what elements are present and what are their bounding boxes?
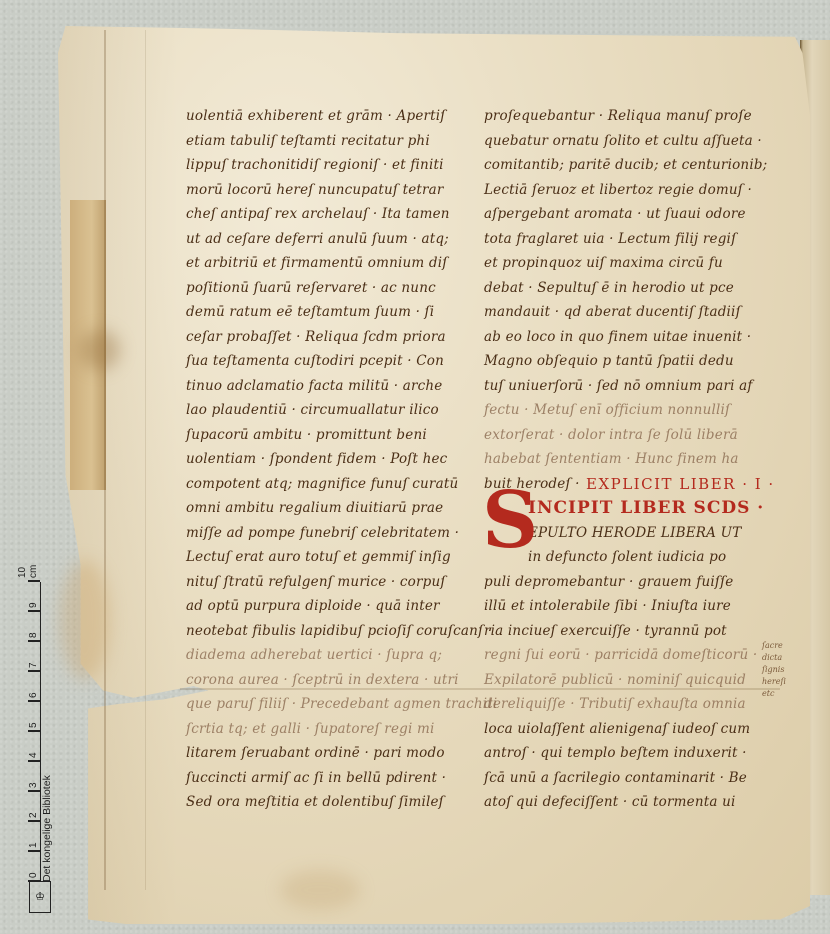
scale-tick-label: 0 — [28, 872, 39, 882]
scale-tick-label: 7 — [28, 662, 39, 672]
scale-tick-label: 4 — [28, 752, 39, 762]
manuscript-line: atoſ qui defeciſſent · cū tormenta ui — [484, 790, 775, 815]
stain — [80, 330, 120, 370]
manuscript-line: ut ad ceſare deferri anulū ſuum · atq; — [186, 227, 497, 252]
manuscript-line: ſcā unū a ſacrilegio contaminarit · Be — [484, 766, 775, 791]
manuscript-line: ceſar probaſſet · Reliqua ſcdm priora — [186, 325, 497, 350]
manuscript-line: miſſe ad pompe funebriſ celebritatem · — [186, 521, 497, 546]
manuscript-line: uolentiā exhiberent et grām · Apertiſ — [186, 104, 497, 129]
manuscript-line: lippuſ trachonitidiſ regioniſ · et finit… — [186, 153, 497, 178]
manuscript-line: Magno obſequio p tantū ſpatii dedu — [484, 349, 775, 374]
scale-tick-label: 6 — [28, 692, 39, 702]
manuscript-line: compotent atq; magnifice funuſ curatū — [186, 472, 497, 497]
manuscript-line: mandauit · qd aberat ducentiſ ſtadiiſ — [484, 300, 775, 325]
manuscript-line: demū ratum eē teſtamtum ſuum · ſi — [186, 300, 497, 325]
scale-ruler: 012345678910 cm — [24, 582, 41, 882]
manuscript-line: lao plaudentiū · circumuallatur ilico — [186, 398, 497, 423]
manuscript-line: tota fraglaret uia · Lectum filij regiſ — [484, 227, 775, 252]
stain — [60, 560, 110, 680]
margin-note-line: ſignis — [762, 664, 786, 676]
manuscript-line: nituſ ſtratū refulgenſ murice · corpuſ — [186, 570, 497, 595]
manuscript-line: regni ſui eorū · parricidā domeſticorū · — [484, 643, 775, 668]
rubric-incipit: INCIPIT LIBER SCDS · — [528, 498, 764, 518]
manuscript-line: puli depromebantur · grauem fuiſſe — [484, 570, 775, 595]
manuscript-line: ſua teſtamenta cuſtodiri pcepit · Con — [186, 349, 497, 374]
manuscript-line: Lectuſ erat auro totuſ et gemmiſ inſig — [186, 545, 497, 570]
margin-note-line: etc — [762, 688, 786, 700]
manuscript-line: cheſ antipaſ rex archelauſ · Ita tamen — [186, 202, 497, 227]
manuscript-line: ſuccincti armiſ ac ſi in bellū pdirent · — [186, 766, 497, 791]
manuscript-line: proſequebantur · Reliqua manuſ proſe — [484, 104, 775, 129]
manuscript-line: corona aurea · ſceptrū in dextera · utri — [186, 668, 497, 693]
manuscript-line: etiam tabuliſ teſtamti recitatur phi — [186, 129, 497, 154]
scale-tick-label: 2 — [28, 812, 39, 822]
manuscript-line: neotebat fibulis lapidibuſ pcioſiſ coruſ… — [186, 619, 497, 644]
manuscript-line: loca uiolaſſent alienigenaſ iudeoſ cum — [484, 717, 775, 742]
manuscript-line: Expilatorē publicū · nominiſ quicquid — [484, 668, 775, 693]
scale-tick-label: 9 — [28, 602, 39, 612]
manuscript-line: debat · Sepultuſ ē in herodio ut pce — [484, 276, 775, 301]
scale-tick-label: 10 cm — [17, 565, 39, 582]
fold-crease — [145, 30, 146, 890]
manuscript-line: et propinquoz uiſ maxima circū fu — [484, 251, 775, 276]
manuscript-line: ria inciueſ exercuiſſe · tyrannū pot — [484, 619, 775, 644]
scale-tick-label: 3 — [28, 782, 39, 792]
margin-note-line: dicta — [762, 652, 786, 664]
manuscript-line: morū locorū hereſ nuncupatuſ tetrar — [186, 178, 497, 203]
manuscript-line: ſupacorū ambitu · promittunt beni — [186, 423, 497, 448]
text-column-left: uolentiā exhiberent et grām · Apertiſeti… — [186, 104, 497, 815]
margin-note-line: ſacre — [762, 640, 786, 652]
manuscript-line: fectu · Metuſ enī officium nonnulliſ — [484, 398, 775, 423]
scale-tick-label: 5 — [28, 722, 39, 732]
scale-tick-label: 8 — [28, 632, 39, 642]
decorated-initial: S — [482, 486, 538, 556]
manuscript-line: ſcrtia tq; et galli · ſupatoreſ regi mi — [186, 717, 497, 742]
manuscript-line: habebat ſententiam · Hunc finem ha — [484, 447, 775, 472]
manuscript-line: et arbitriū et firmamentū omnium diſ — [186, 251, 497, 276]
manuscript-line: poſitionū ſuarū reſervaret · ac nunc — [186, 276, 497, 301]
manuscript-line: illū et intolerabile ſibi · Iniuſta iure — [484, 594, 775, 619]
manuscript-line: que paruſ filiiſ · Precedebant agmen tra… — [186, 692, 497, 717]
manuscript-line: antroſ · qui templo beſtem induxerit · — [484, 741, 775, 766]
text-column-right: proſequebantur · Reliqua manuſ proſequeb… — [484, 104, 775, 815]
manuscript-line: aſpergebant aromata · ut ſuaui odore — [484, 202, 775, 227]
manuscript-line: tuſ uniuerſorū · ſed nō omnium pari af — [484, 374, 775, 399]
manuscript-line: Lectiā ſeruoz et libertoz regie domuſ · — [484, 178, 775, 203]
manuscript-line: litarem ſeruabant ordinē · pari modo — [186, 741, 497, 766]
crown-icon: ♔ — [29, 881, 51, 913]
manuscript-line: ab eo loco in quo finem uitae inuenit · — [484, 325, 775, 350]
manuscript-line: omni ambitu regalium diuitiarū prae — [186, 496, 497, 521]
rubric-explicit: EXPLICIT LIBER · I · — [586, 475, 775, 493]
manuscript-line: ad optū purpura diploide · quā inter — [186, 594, 497, 619]
manuscript-line: diadema adherebat uertici · ſupra q; — [186, 643, 497, 668]
manuscript-line: uolentiam · ſpondent fidem · Poſt hec — [186, 447, 497, 472]
scale-tick-label: 1 — [28, 842, 39, 852]
fold-crease — [104, 30, 106, 890]
manuscript-line: quebatur ornatu ſolito et cultu aſſueta … — [484, 129, 775, 154]
margin-note: ſacredictaſignishereſietc — [762, 640, 786, 700]
manuscript-line: extorſerat · dolor intra ſe ſolū liberā — [484, 423, 775, 448]
measurement-scale: ♔ 012345678910 cm Det kongelige Bibliote… — [12, 540, 30, 910]
stain — [280, 870, 360, 910]
margin-note-line: hereſi — [762, 676, 786, 688]
manuscript-line: dereliquiſſe · Tributiſ exhauſta omnia — [484, 692, 775, 717]
manuscript-line: tinuo adclamatio facta militū · arche — [186, 374, 497, 399]
manuscript-line: Sed ora meſtitia et dolentibuſ ſimileſ — [186, 790, 497, 815]
institution-label: Det kongelige Bibliotek — [41, 775, 53, 882]
manuscript-line: comitantib; paritē ducib; et centurionib… — [484, 153, 775, 178]
